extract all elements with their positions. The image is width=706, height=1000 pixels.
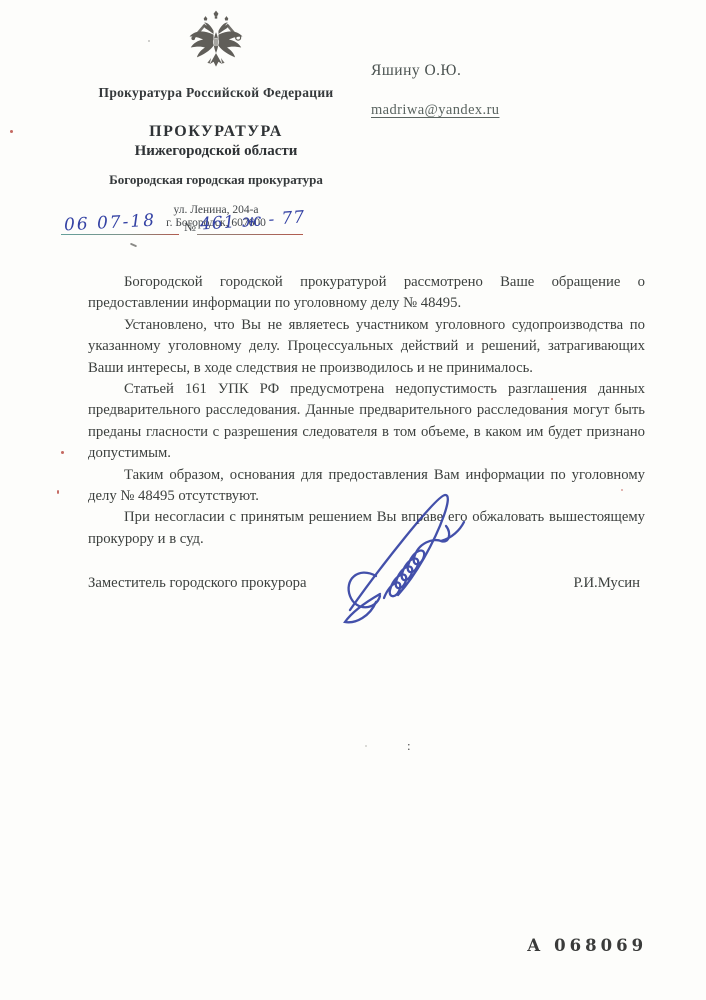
scan-artifact-colon: : [407,738,411,754]
scan-speck [61,451,64,454]
org-federation-title: Прокуратура Российской Федерации [60,85,372,101]
handwritten-date: 06 07-18 [64,211,157,236]
org-region-title: Нижегородской области [60,143,372,160]
form-blank-number: А 068069 [527,936,647,955]
scan-speck [148,40,150,42]
scan-speck [621,489,623,491]
date-underline [61,234,179,235]
signature-row: Заместитель городского прокурора Р.И.Мус… [88,575,640,592]
scan-speck [365,745,367,747]
recipient-name: Яшину О.Ю. [371,62,461,80]
org-city-office-title: Богородская городская прокуратура [60,172,372,188]
signer-name: Р.И.Мусин [573,575,640,592]
handwritten-signature-icon [328,478,496,658]
scanned-letter-page: Прокуратура Российской Федерации ПРОКУРА… [0,0,706,1000]
scan-speck [551,398,553,400]
signer-position-title: Заместитель городского прокурора [88,575,307,592]
number-sign-label: № [184,220,196,235]
letterhead: Прокуратура Российской Федерации ПРОКУРА… [60,10,372,230]
coat-of-arms-icon [185,10,247,79]
pen-tick-mark [130,243,137,248]
scan-speck [57,490,59,494]
number-underline [197,234,303,235]
paragraph-1: Богородской городской прокуратурой рассм… [88,272,645,315]
paragraph-2: Установлено, что Вы не являетесь участни… [88,315,645,379]
org-prosecutor-title: ПРОКУРАТУРА [60,123,372,141]
recipient-email-link[interactable]: madriwa@yandex.ru [371,102,499,119]
paragraph-3: Статьей 161 УПК РФ предусмотрена недопус… [88,379,645,465]
scan-speck [10,130,13,133]
